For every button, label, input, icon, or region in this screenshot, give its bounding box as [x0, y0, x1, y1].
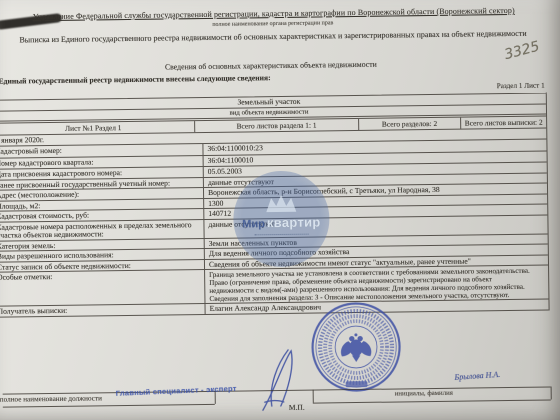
handwritten-name: Брылова Н.А.: [454, 370, 500, 382]
total-sheets: Всего листов выписки: 2: [460, 117, 546, 129]
attribute-label: Особые отметки:: [0, 270, 204, 306]
name-caption: инициалы, фамилия: [395, 390, 453, 398]
section-reference: Раздел 1 Лист 1: [497, 82, 545, 91]
main-table: Земельный участок вид объекта недвижимос…: [0, 92, 550, 317]
position-stamp-text: Главный специалист - эксперт: [115, 384, 236, 398]
footer-rule-right: [313, 399, 551, 403]
position-caption: полное наименование должности: [0, 394, 102, 403]
official-seal: [309, 298, 402, 395]
paper-sheet: Управление Федеральной службы государств…: [0, 0, 560, 420]
special-marks-value: Граница земельного участка не установлен…: [204, 265, 548, 303]
sheets-in-section: Всего листов раздела 1: 1: [194, 119, 358, 132]
seal-place-mark: М.П.: [289, 403, 305, 412]
footer-divider: [313, 390, 314, 403]
section-title: Сведения об основных характеристиках объ…: [0, 58, 543, 74]
document-title: Выписка из Единого государственного реес…: [8, 29, 538, 45]
attribute-label: Кадастровые номера расположенных в преде…: [0, 220, 204, 241]
intro-line: Единый государственный реестр недвижимос…: [0, 73, 271, 86]
document-photo: Управление Федеральной службы государств…: [0, 0, 560, 420]
footer-rule-left: [3, 404, 215, 408]
total-sections: Всего разделов: 2: [358, 118, 461, 130]
footer-divider: [551, 386, 552, 399]
attribute-label: Получатель выписки:: [0, 304, 205, 317]
double-headed-eagle-icon: [341, 333, 372, 362]
